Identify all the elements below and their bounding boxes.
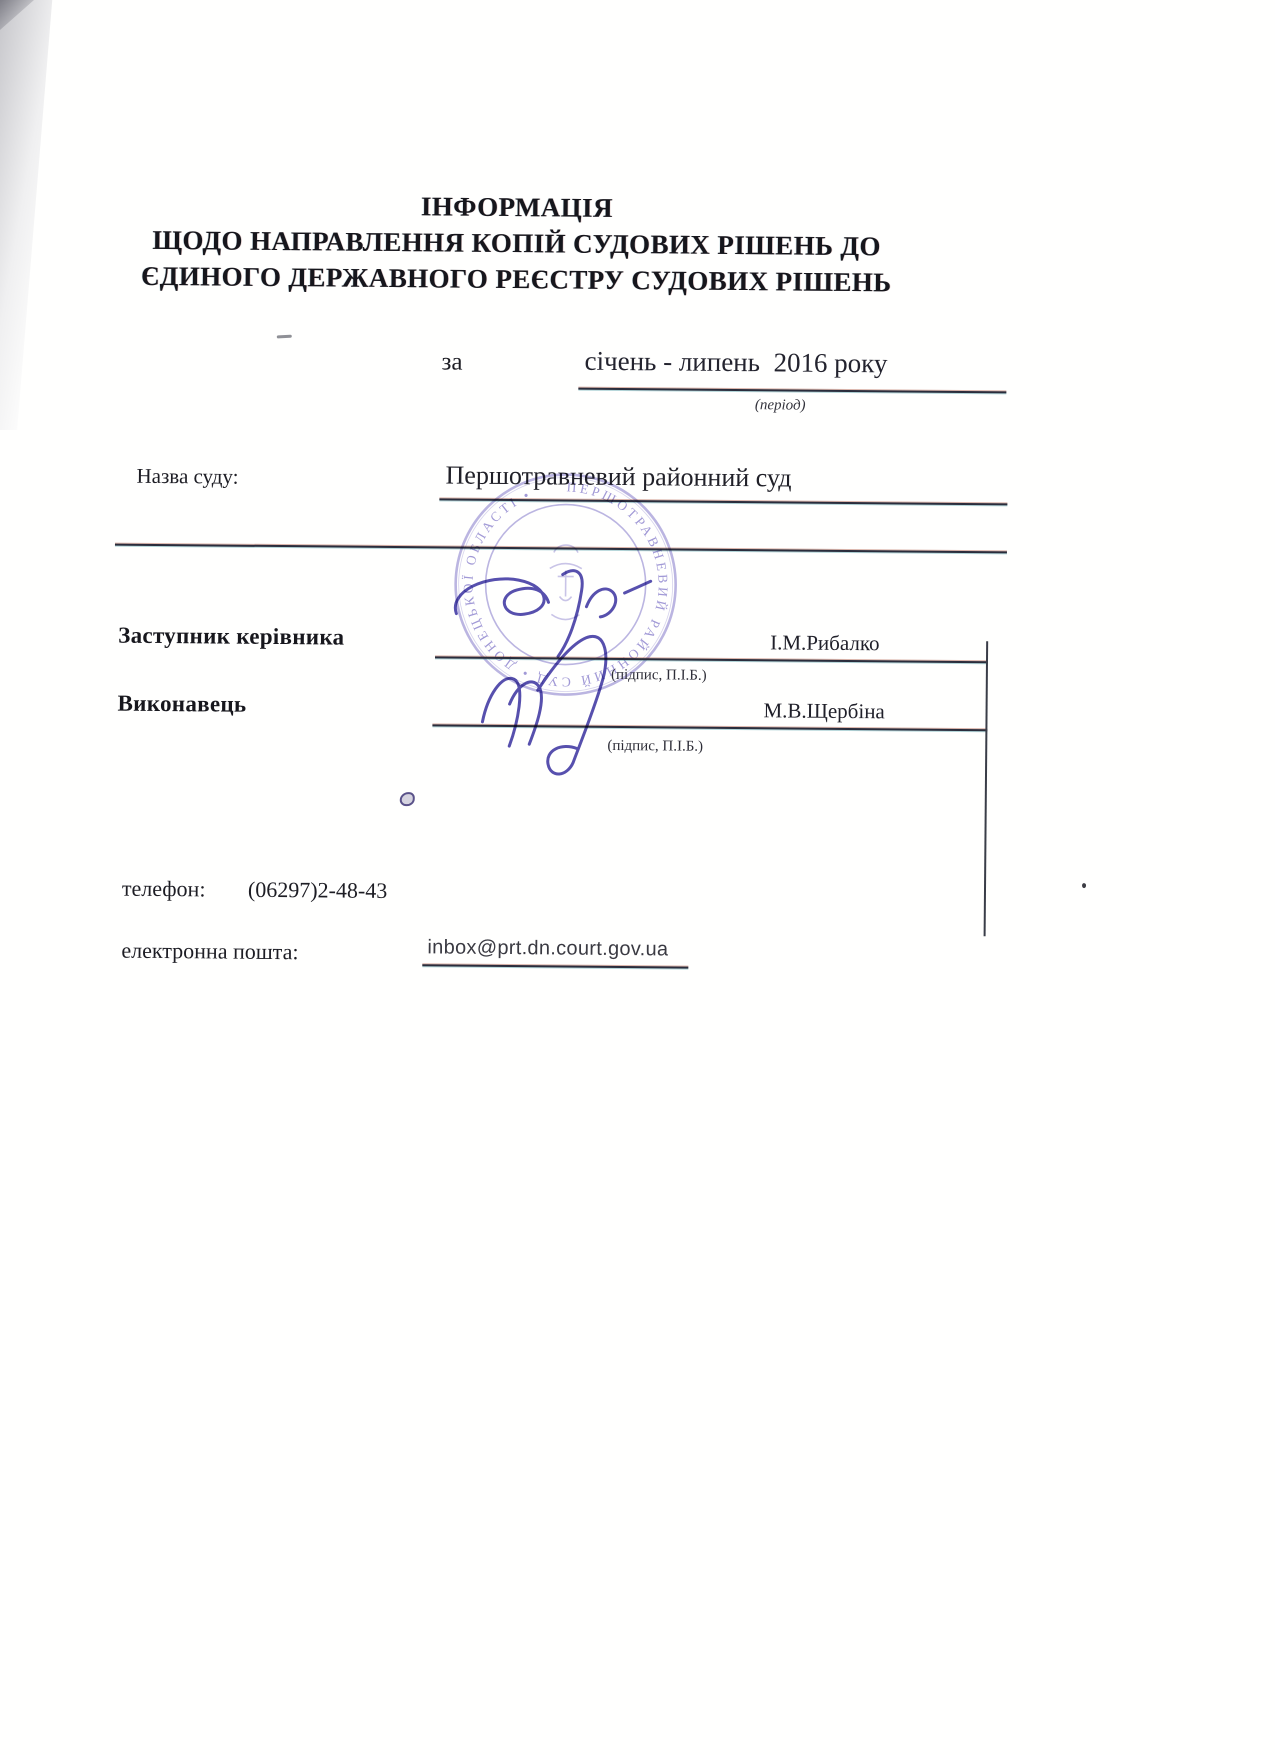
period-underline (578, 388, 1006, 394)
email-label: електронна пошта: (121, 938, 298, 966)
email-underline (422, 964, 688, 968)
scan-content: ІНФОРМАЦІЯ ЩОДО НАПРАВЛЕННЯ КОПІЙ СУДОВИ… (0, 0, 1275, 1755)
vertical-rule (984, 641, 989, 936)
period-caption: (період) (700, 397, 860, 415)
court-name-label: Назва суду: (136, 464, 238, 490)
ink-blot-artifact (400, 792, 415, 806)
handwritten-signature-deputy (428, 543, 669, 675)
period-prefix: за (441, 348, 462, 376)
pencil-dash-artifact (277, 335, 292, 339)
scan-speck (1082, 883, 1086, 888)
title-line-3: ЄДИНОГО ДЕРЖАВНОГО РЕЄСТРУ СУДОВИХ РІШЕН… (86, 257, 946, 301)
period-value: січень - липень 2016 року (584, 346, 887, 380)
document-title: ІНФОРМАЦІЯ ЩОДО НАПРАВЛЕННЯ КОПІЙ СУДОВИ… (86, 185, 947, 301)
stamp-trident-icon (558, 570, 574, 600)
email-value: inbox@prt.dn.court.gov.ua (427, 936, 668, 961)
court-name-underline (439, 498, 1007, 505)
scanned-document-page: ІНФОРМАЦІЯ ЩОДО НАПРАВЛЕННЯ КОПІЙ СУДОВИ… (0, 0, 1275, 1755)
executor-signature-caption: (підпис, П.І.Б.) (590, 738, 720, 756)
deputy-name: І.М.Рибалко (770, 630, 880, 656)
handwritten-signature-executor (457, 624, 678, 786)
stamp-emblem-strokes (549, 545, 582, 620)
deputy-signature-caption: (підпис, П.І.Б.) (594, 667, 724, 685)
court-name-value: Першотравневий районний суд (445, 460, 791, 493)
phone-label: телефон: (122, 876, 206, 903)
deputy-signature-line (435, 656, 988, 663)
executor-name: М.В.Щербіна (763, 698, 884, 724)
phone-value: (06297)2-48-43 (248, 877, 388, 904)
executor-signature-line (432, 724, 987, 731)
section-divider-line (115, 544, 1007, 554)
role-label-executor: Виконавець (117, 691, 246, 718)
role-label-deputy-head: Заступник керівника (118, 623, 344, 651)
